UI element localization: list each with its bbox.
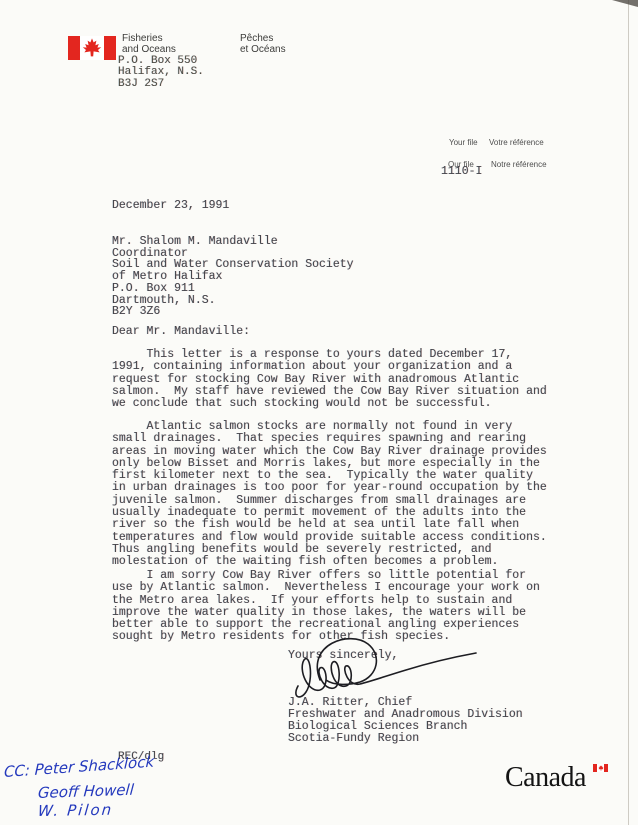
letter-date: December 23, 1991 <box>112 200 229 212</box>
recipient-address-block: Mr. Shalom M. MandavilleCoordinatorSoil … <box>112 236 354 318</box>
dept-name-english: Fisheries and Oceans <box>122 33 176 55</box>
text-line: B2Y 3Z6 <box>112 306 354 318</box>
canada-wordmark: Canada <box>505 764 625 794</box>
body-paragraph-3: I am sorry Cow Bay River offers so littl… <box>112 570 540 644</box>
text-line: use by Atlantic salmon. Nevertheless I e… <box>112 582 540 594</box>
handwritten-cc-line-3: W. Pilon <box>37 801 114 820</box>
text-line: we conclude that such stocking would not… <box>112 398 547 410</box>
text-line: B3J 2S7 <box>118 79 204 90</box>
text-line: 1991, containing information about your … <box>112 361 547 373</box>
text-line: river so the fish would be held at sea u… <box>112 519 547 531</box>
dept-name-french: Pêches et Océans <box>240 33 286 55</box>
body-paragraph-2: Atlantic salmon stocks are normally not … <box>112 421 547 569</box>
text-line: P.O. Box 911 <box>112 283 354 295</box>
text-line: Scotia-Fundy Region <box>288 733 523 745</box>
body-paragraph-1: This letter is a response to yours dated… <box>112 349 547 410</box>
salutation: Dear Mr. Mandaville: <box>112 326 250 338</box>
file-reference-number: 1110-I <box>441 166 482 178</box>
scan-corner-artifact <box>612 0 638 7</box>
text-line: molestation of the waiting fish often be… <box>112 556 547 568</box>
text-line: Mr. Shalom M. Mandaville <box>112 236 354 248</box>
handwritten-cc-line-2: Geoff Howell <box>37 781 134 802</box>
text-line: small drainages. That species requires s… <box>112 433 547 445</box>
dept-en-line1: Fisheries <box>122 33 176 44</box>
handwritten-signature <box>290 634 480 707</box>
canada-flag-icon <box>68 36 116 60</box>
scan-edge-artifact <box>628 0 629 825</box>
letterhead-address: P.O. Box 550Halifax, N.S.B3J 2S7 <box>118 56 204 90</box>
your-file-label-fr: Votre référence <box>489 138 544 147</box>
text-line: Halifax, N.S. <box>118 67 204 78</box>
handwritten-cc-line-1: CC: Peter Shacklock <box>4 752 155 781</box>
dept-fr-line2: et Océans <box>240 44 286 55</box>
canada-wordmark-text: Canada <box>505 762 586 793</box>
your-file-label-en: Your file <box>449 138 478 147</box>
our-file-label-fr: Notre référence <box>491 160 547 169</box>
dept-fr-line1: Pêches <box>240 33 286 44</box>
canada-wordmark-flag-icon <box>593 764 608 772</box>
text-line: in urban drainages is too poor for year-… <box>112 482 547 494</box>
dept-en-line2: and Oceans <box>122 44 176 55</box>
scanned-letter-page: Fisheries and Oceans Pêches et Océans P.… <box>0 0 638 825</box>
